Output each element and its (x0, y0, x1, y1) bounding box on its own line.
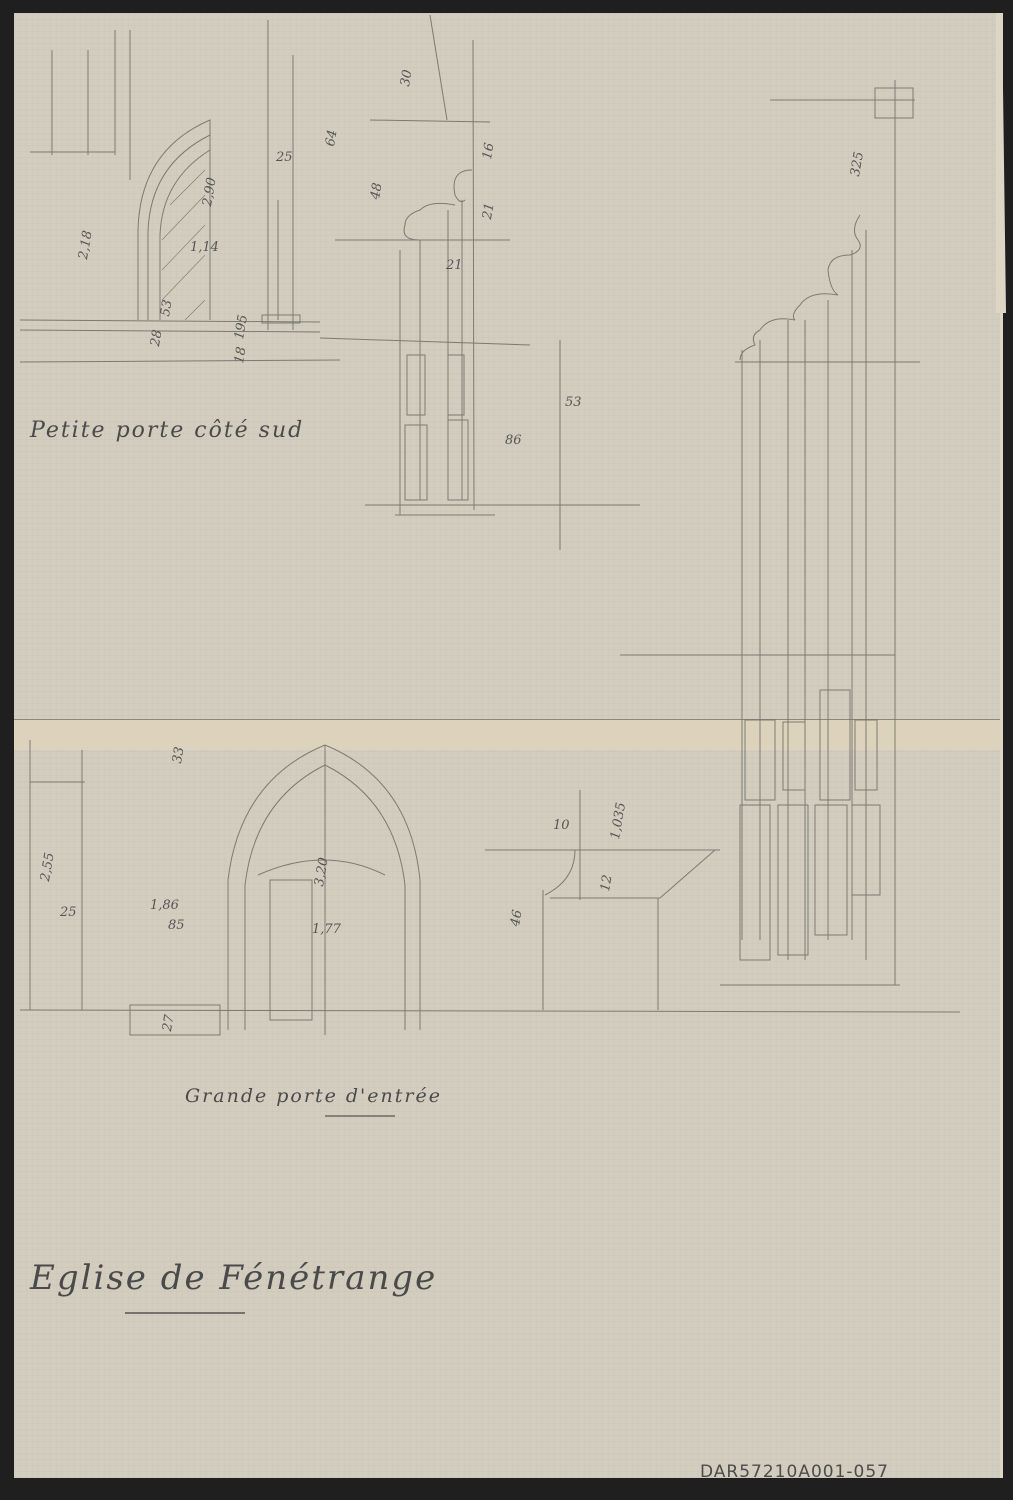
dimension-label: 86 (505, 433, 522, 448)
dimension-label: 25 (60, 905, 77, 920)
sheet-title: Eglise de Fénétrange (30, 1258, 437, 1298)
catalog-number: DAR57210A001-057 (700, 1462, 889, 1482)
dimension-label: 10 (553, 818, 570, 833)
petite-porte-profile (320, 15, 640, 550)
dimension-label: 25 (276, 150, 293, 165)
dimension-label: 64 (323, 129, 341, 148)
dimension-label: 27 (160, 1014, 178, 1033)
caption-grande-porte: Grande porte d'entrée (185, 1085, 442, 1107)
dimension-label: 18 (232, 346, 250, 365)
dimension-label: 1,14 (190, 240, 219, 255)
dimension-label: 85 (168, 918, 185, 933)
dimension-label: 1,86 (150, 898, 179, 913)
dimension-label: 33 (170, 746, 188, 765)
petite-porte-elevation (20, 20, 340, 362)
dimension-label: 16 (480, 142, 498, 161)
dimension-label: 21 (480, 202, 498, 221)
dimension-label: 30 (398, 69, 416, 88)
dimension-label: 12 (598, 874, 616, 893)
corner-profile-columns (620, 80, 920, 985)
dimension-label: 48 (368, 182, 386, 201)
dimension-label: 21 (446, 258, 463, 273)
dimension-label: 53 (158, 299, 176, 318)
dimension-label: 46 (508, 909, 526, 928)
dimension-label: 1,77 (312, 922, 341, 937)
caption-petite-porte: Petite porte côté sud (30, 418, 304, 443)
dimension-label: 53 (565, 395, 582, 410)
dimension-label: 28 (148, 329, 166, 348)
grande-porte-profile (485, 790, 720, 1010)
grande-porte-elevation (20, 740, 960, 1035)
